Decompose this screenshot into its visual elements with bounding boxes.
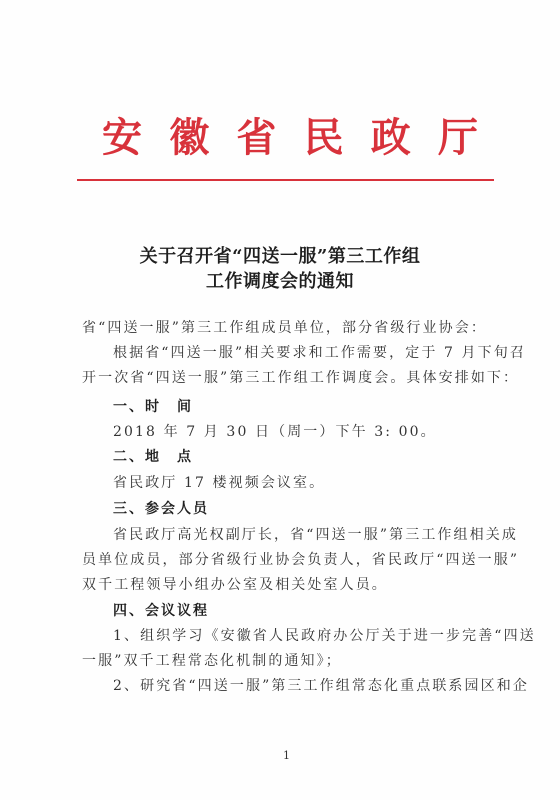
section-text: 员单位成员，部分省级行业协会负责人，省民政厅“四送一服” <box>82 550 519 570</box>
page-number: 1 <box>283 749 290 762</box>
letterhead-char: 安 <box>100 112 144 164</box>
letterhead-title: 安 徽 省 民 政 厅 <box>100 112 480 164</box>
intro-paragraph-line: 开一次省“四送一服”第三工作组工作调度会。具体安排如下： <box>82 368 519 388</box>
section-heading-location: 二、地 点 <box>113 447 193 467</box>
letterhead-divider <box>77 179 494 181</box>
agenda-item: 1、组织学习《安徽省人民政府办公厅关于进一步完善“四送 <box>113 626 536 646</box>
section-heading-attendees: 三、参会人员 <box>113 499 209 519</box>
document-title-line-2: 工作调度会的通知 <box>0 267 560 293</box>
section-text: 2018 年 7 月 30 日（周一）下午 3: 00。 <box>113 422 437 442</box>
section-text: 省民政厅高光权副厅长，省“四送一服”第三工作组相关成 <box>113 525 518 545</box>
section-heading-agenda: 四、会议议程 <box>113 601 209 621</box>
letterhead-char: 厅 <box>436 112 480 164</box>
agenda-item: 一服”双千工程常态化机制的通知》； <box>82 651 342 671</box>
salutation: 省“四送一服”第三工作组成员单位，部分省级行业协会： <box>82 318 487 338</box>
intro-paragraph-line: 根据省“四送一服”相关要求和工作需要，定于 7 月下旬召 <box>113 343 526 363</box>
section-text: 省民政厅 17 楼视频会议室。 <box>113 473 325 493</box>
document-page: 安 徽 省 民 政 厅 关于召开省“四送一服”第三工作组 工作调度会的通知 省“… <box>0 0 560 800</box>
document-title-line-1: 关于召开省“四送一服”第三工作组 <box>0 242 560 268</box>
letterhead-char: 政 <box>369 112 413 164</box>
section-text: 双千工程领导小组办公室及相关处室人员。 <box>82 575 388 595</box>
letterhead-char: 省 <box>234 112 278 164</box>
letterhead-char: 徽 <box>167 112 211 164</box>
letterhead-char: 民 <box>302 112 346 164</box>
agenda-item: 2、研究省“四送一服”第三工作组常态化重点联系园区和企 <box>113 676 529 696</box>
section-heading-time: 一、时 间 <box>113 397 193 417</box>
